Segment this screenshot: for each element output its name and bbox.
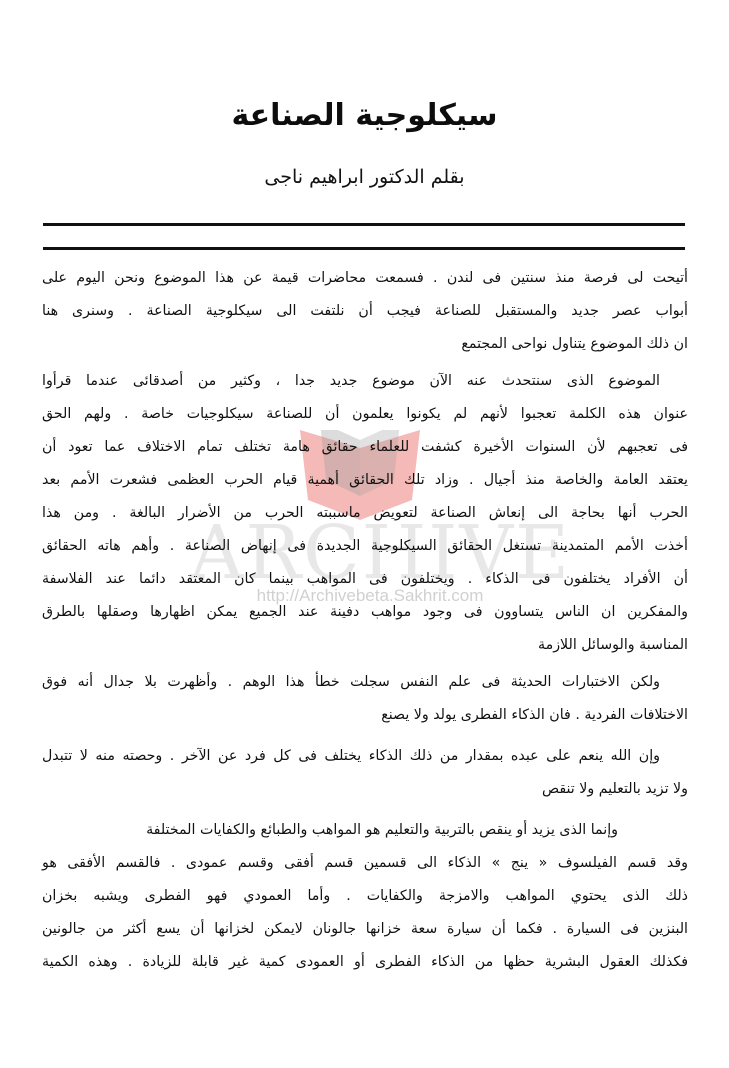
text-line: الموضوع الذى سنتحدث عنه الآن موضوع جديد …: [42, 365, 688, 398]
text-line: وإن الله ينعم على عبده بمقدار من ذلك الذ…: [42, 740, 688, 773]
text-line: فكذلك العقول البشرية حظها من الذكاء الفط…: [42, 946, 688, 979]
text-line: أن الأفراد يختلفون فى الذكاء . ويختلفون …: [42, 563, 688, 596]
paragraph-2: الموضوع الذى سنتحدث عنه الآن موضوع جديد …: [42, 365, 688, 662]
text-line: وإنما الذى يزيد أو ينقص بالتربية والتعلي…: [42, 814, 688, 847]
header-divider-top: [43, 223, 685, 226]
text-line: الاختلافات الفردية . فان الذكاء الفطرى ي…: [42, 699, 688, 732]
text-line: المناسبة والوسائل اللازمة: [42, 629, 688, 662]
article-body: أتيحت لى فرصة منذ سنتين فى لندن . فسمعت …: [42, 262, 688, 979]
header-divider-bottom: [43, 247, 685, 250]
paragraph-4: وإن الله ينعم على عبده بمقدار من ذلك الذ…: [42, 740, 688, 806]
text-line: ولا تزيد بالتعليم ولا تنقص: [42, 773, 688, 806]
text-line: عنوان هذه الكلمة تعجبوا لأنهم لم يكونوا …: [42, 398, 688, 431]
text-line: أتيحت لى فرصة منذ سنتين فى لندن . فسمعت …: [42, 262, 688, 295]
text-line: الحرب أنها بحاجة الى إنعاش الصناعة لتعوي…: [42, 497, 688, 530]
text-line: أخذت الأمم المتمدينة تستغل الحقائق السيك…: [42, 530, 688, 563]
paragraph-5: وإنما الذى يزيد أو ينقص بالتربية والتعلي…: [42, 814, 688, 979]
article-title: سيكلوجية الصناعة: [0, 98, 729, 133]
document-page: ARCHIVE http://Archivebeta.Sakhrit.com س…: [0, 0, 729, 1068]
text-line: يعتقد العامة والخاصة منذ أجيال . وزاد تل…: [42, 464, 688, 497]
text-line: فى تعجبهم لأن السنوات الأخيرة كشفت للعلم…: [42, 431, 688, 464]
text-line: البنزين فى السيارة . فكما أن سيارة سعة خ…: [42, 913, 688, 946]
text-line: والمفكرين ان الناس يتساوون فى وجود مواهب…: [42, 596, 688, 629]
text-line: أبواب عصر جديد والمستقبل للصناعة فيجب أن…: [42, 295, 688, 328]
text-line: ذلك الذى يحتوي المواهب والامزجة والكفايا…: [42, 880, 688, 913]
text-line: ان ذلك الموضوع يتناول نواحى المجتمع: [42, 328, 688, 361]
paragraph-3: ولكن الاختبارات الحديثة فى علم النفس سجل…: [42, 666, 688, 732]
text-line: وقد قسم الفيلسوف « ينج » الذكاء الى قسمي…: [42, 847, 688, 880]
article-byline: بقلم الدكتور ابراهيم ناجى: [0, 166, 729, 188]
paragraph-1: أتيحت لى فرصة منذ سنتين فى لندن . فسمعت …: [42, 262, 688, 361]
text-line: ولكن الاختبارات الحديثة فى علم النفس سجل…: [42, 666, 688, 699]
